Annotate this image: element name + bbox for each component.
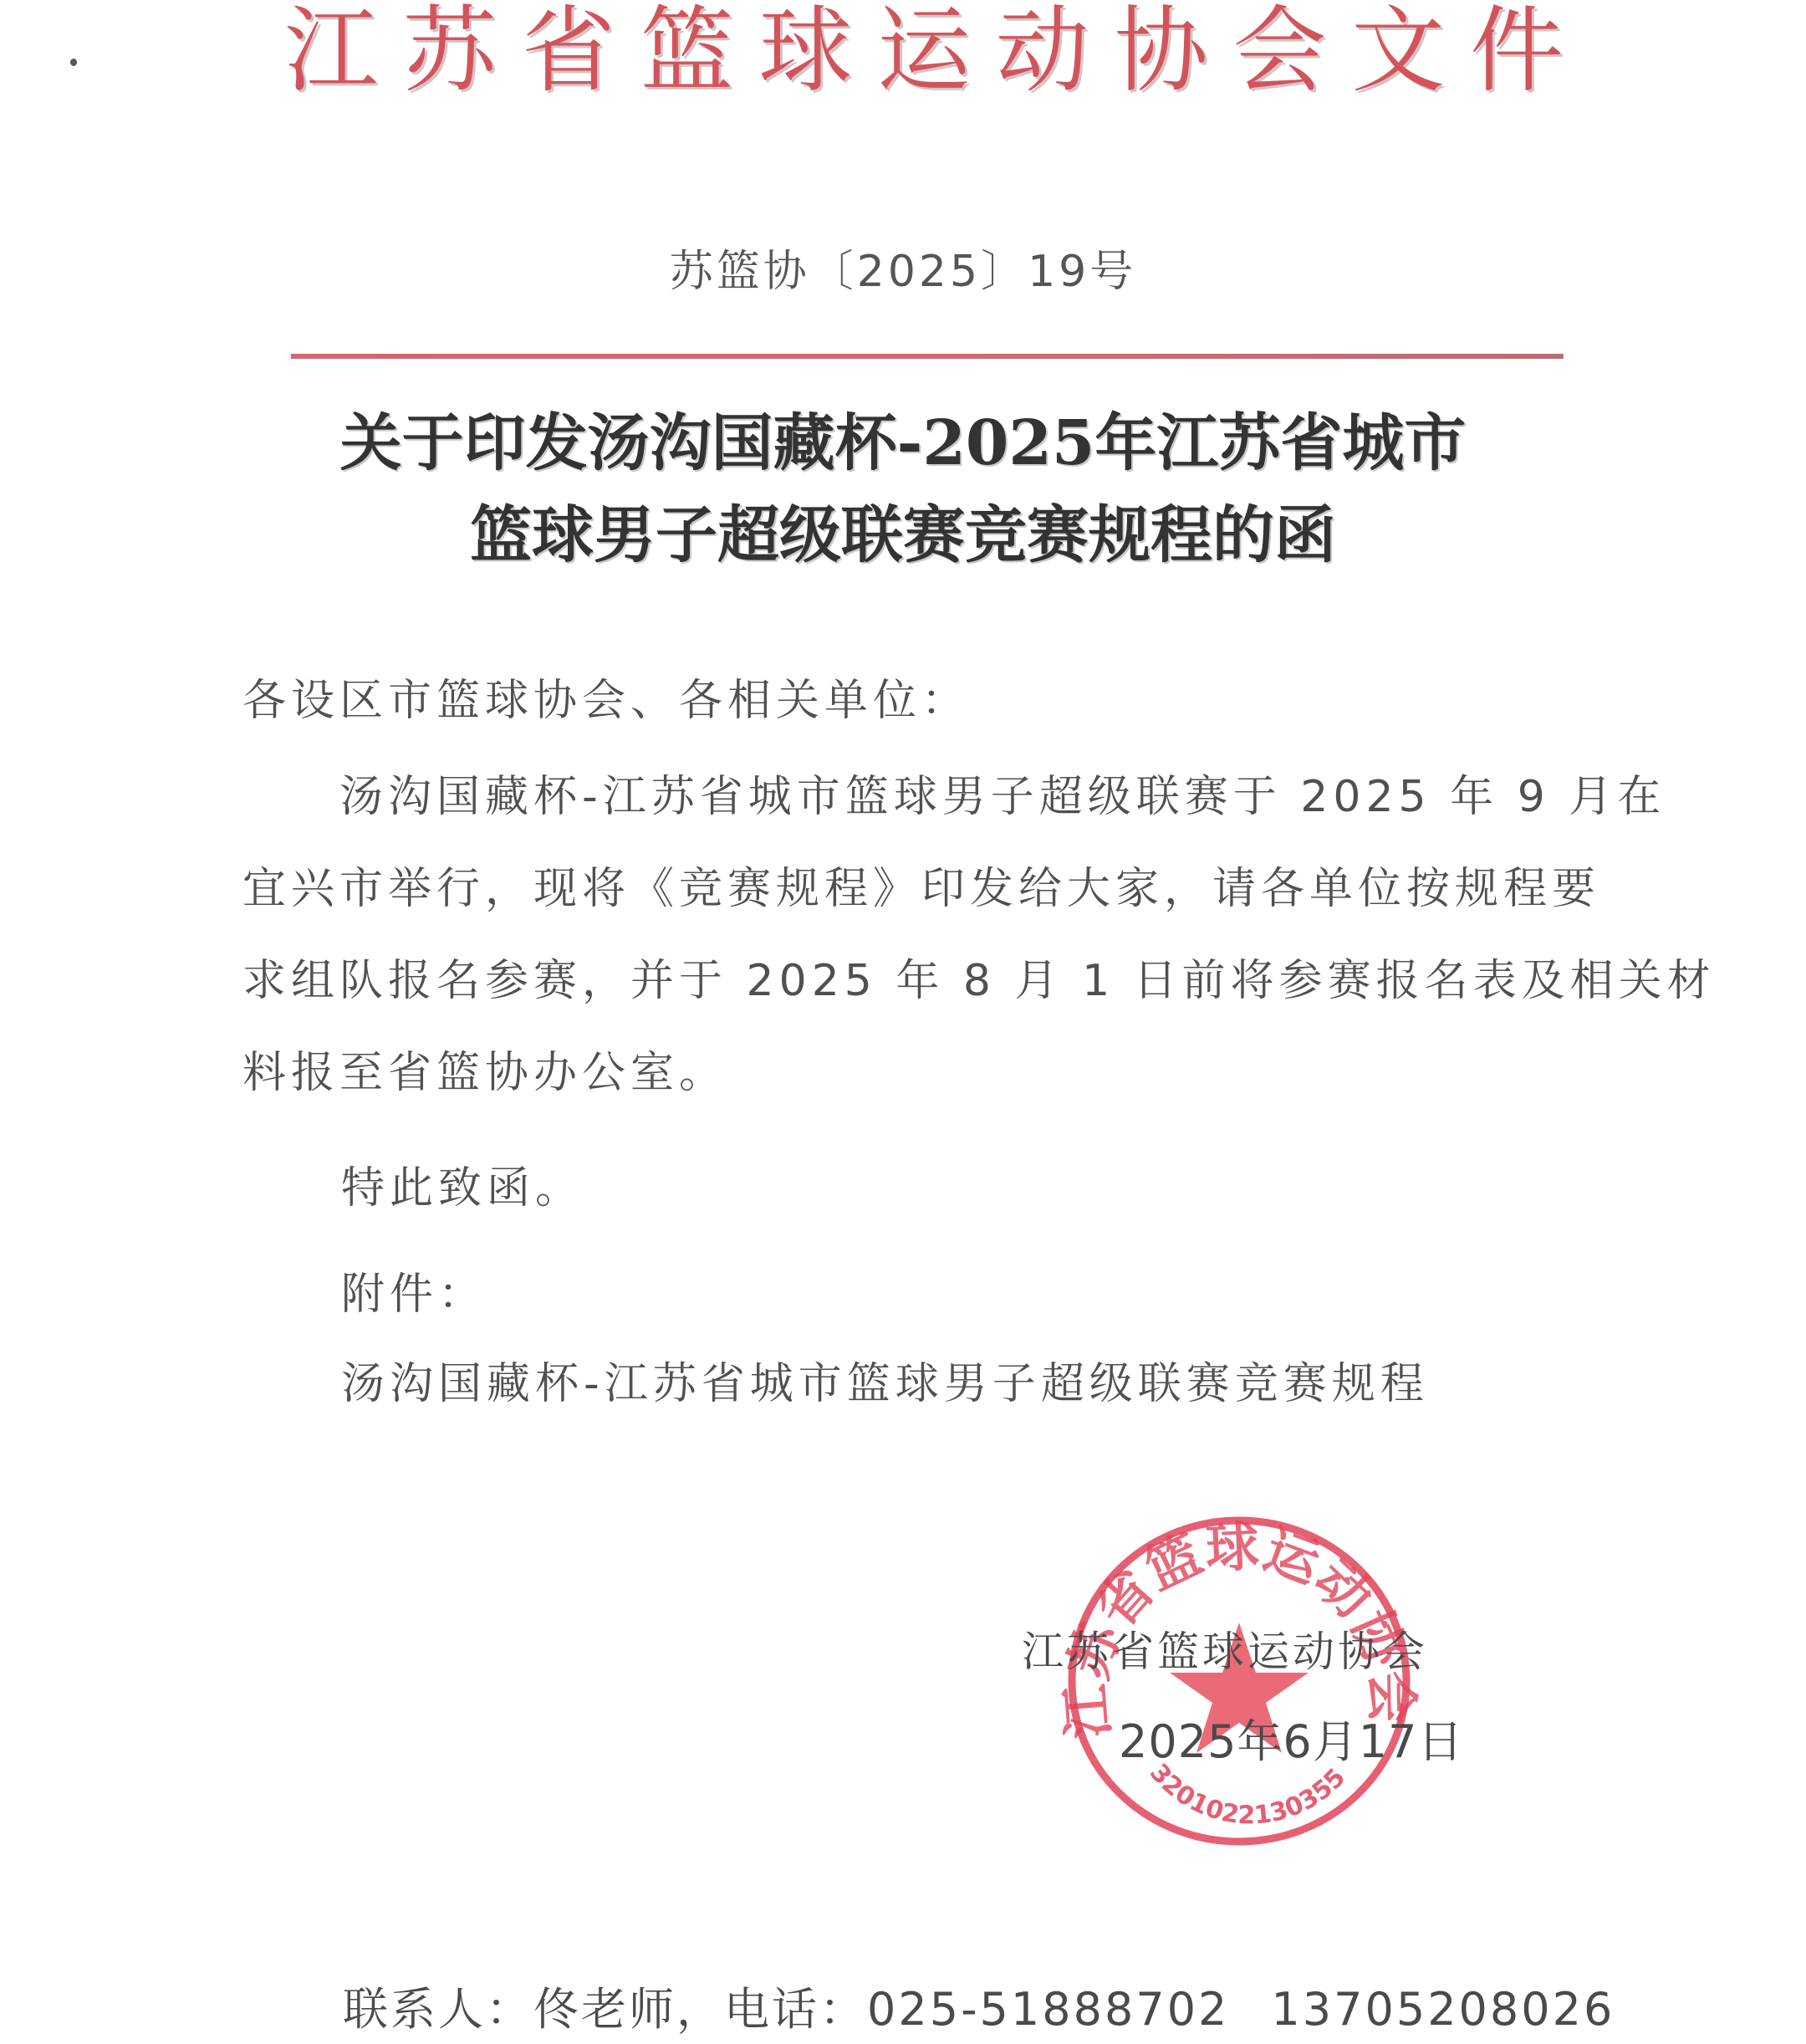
masthead-char: 件 <box>1470 5 1564 97</box>
contact-label: 联系人：佟老师，电话：025-51888702 <box>343 1983 1229 2036</box>
masthead-char: 动 <box>996 5 1089 97</box>
masthead-char: 会 <box>1232 5 1326 97</box>
title-line-2: 篮球男子超级联赛竞赛规程的函 <box>0 489 1806 581</box>
salutation: 各设区市篮球协会、各相关单位： <box>242 665 970 728</box>
masthead-char: 球 <box>758 5 852 97</box>
body-line: 料报至省篮协办公室。 <box>242 1037 727 1100</box>
document-title: 关于印发汤沟国藏杯-2025年江苏省城市 篮球男子超级联赛竞赛规程的函 <box>0 397 1806 581</box>
masthead-char: 江 <box>284 5 378 97</box>
red-divider-rule <box>291 354 1564 359</box>
masthead-char: 文 <box>1351 5 1445 97</box>
closing-remark: 特此致函。 <box>341 1152 584 1215</box>
attachment-item: 汤沟国藏杯-江苏省城市篮球男子超级联赛竞赛规程 <box>341 1348 1429 1411</box>
contact-line: 联系人：佟老师，电话：025-5188870213705208026 <box>343 1974 1615 2038</box>
signature-organization: 江苏省篮球运动协会 <box>1022 1618 1428 1679</box>
masthead: 江 苏 省 篮 球 运 动 协 会 文 件 <box>284 5 1564 97</box>
masthead-char: 篮 <box>640 5 733 97</box>
official-seal-icon: 江苏省篮球运动协会 3201022130355 <box>1055 1505 1423 1857</box>
body-line: 宜兴市举行，现将《竞赛规程》印发给大家，请各单位按规程要 <box>242 853 1600 916</box>
scan-speck <box>70 59 77 66</box>
masthead-char: 运 <box>877 5 971 97</box>
masthead-char: 协 <box>1115 5 1208 97</box>
document-number: 苏篮协〔2025〕19号 <box>0 236 1806 299</box>
masthead-char: 苏 <box>403 5 497 97</box>
signature-date: 2025年6月17日 <box>1119 1706 1464 1771</box>
body-line: 汤沟国藏杯-江苏省城市篮球男子超级联赛于 2025 年 9 月在 <box>242 761 1666 824</box>
masthead-char: 省 <box>522 5 615 97</box>
contact-mobile: 13705208026 <box>1271 1983 1615 2036</box>
attachment-label: 附件： <box>341 1259 487 1321</box>
body-line: 求组队报名参赛，并于 2025 年 8 月 1 日前将参赛报名表及相关材 <box>242 945 1716 1008</box>
title-line-1: 关于印发汤沟国藏杯-2025年江苏省城市 <box>0 397 1806 489</box>
